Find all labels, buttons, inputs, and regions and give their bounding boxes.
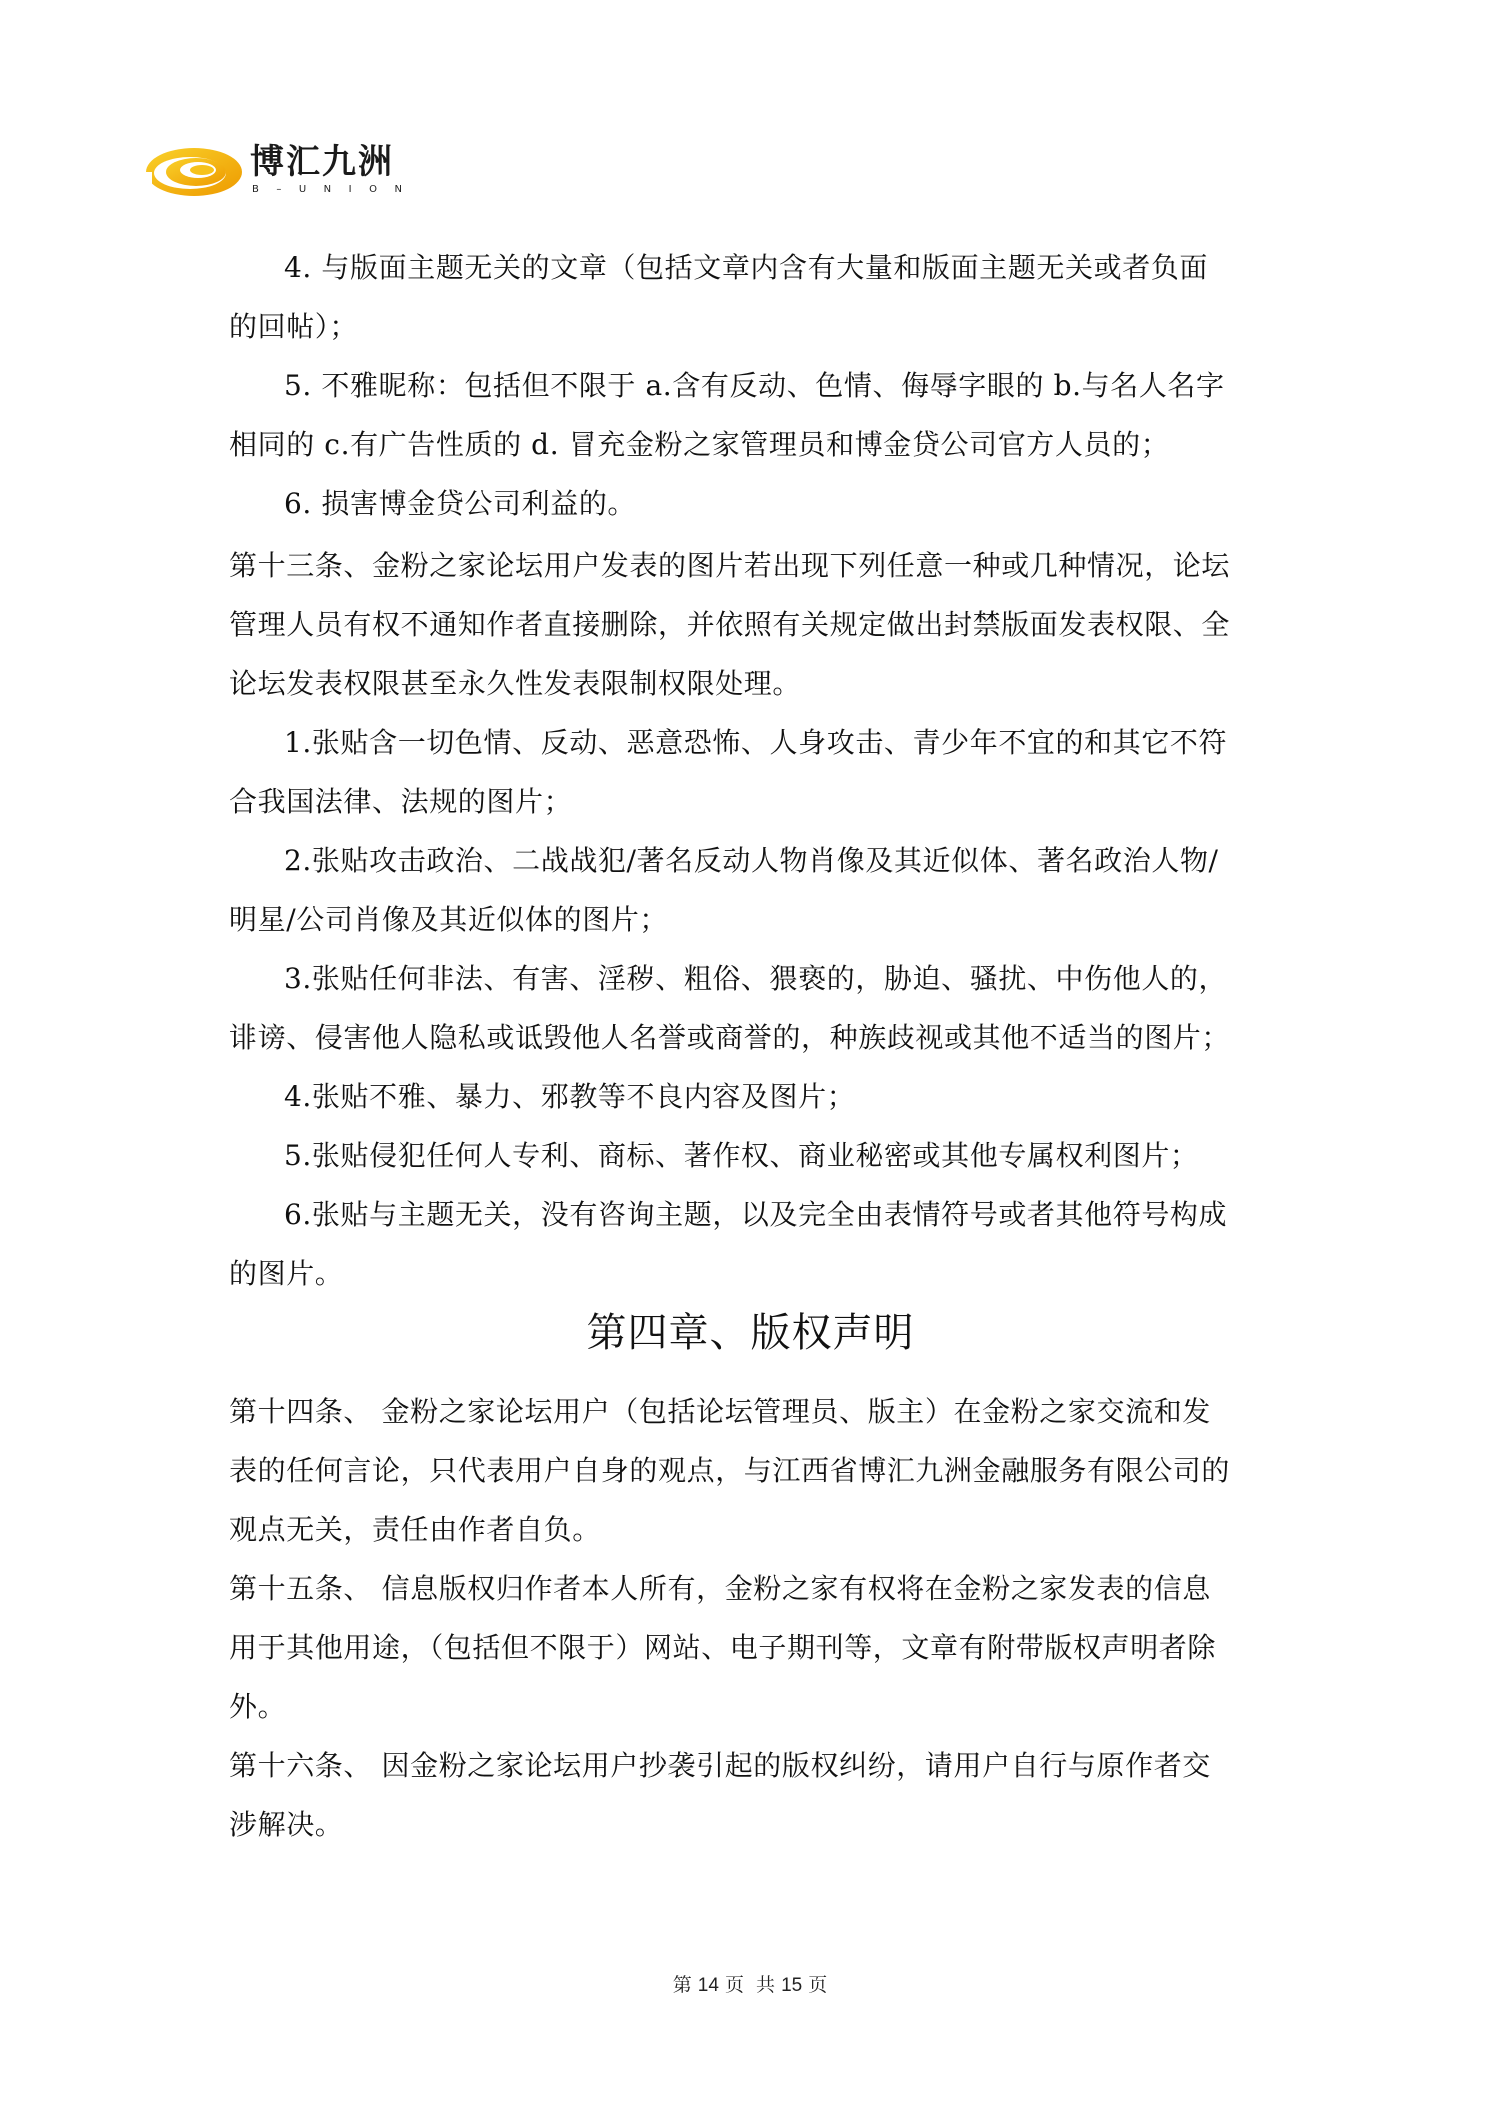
article-16-line: 第十六条、 因金粉之家论坛用户抄袭引起的版权纠纷，请用户自行与原作者交	[229, 1748, 1211, 1784]
logo-name-cn: 博汇九洲	[250, 142, 394, 182]
list-item-line: 1.张贴含一切色情、反动、恶意恐怖、人身攻击、青少年不宜的和其它不符	[284, 725, 1227, 761]
page-footer: 第 14 页 共 15 页	[0, 1972, 1500, 1999]
paragraph-line: 涉解决。	[229, 1807, 343, 1843]
paragraph-line: 4. 与版面主题无关的文章（包括文章内含有大量和版面主题无关或者负面	[284, 250, 1208, 286]
total-pages-number: 15	[781, 1975, 802, 1996]
footer-middle: 页 共	[719, 1974, 781, 1996]
list-item-line: 4.张贴不雅、暴力、邪教等不良内容及图片；	[284, 1079, 855, 1115]
paragraph-line: 论坛发表权限甚至永久性发表限制权限处理。	[229, 666, 801, 702]
list-item-line: 3.张贴任何非法、有害、淫秽、粗俗、猥亵的，胁迫、骚扰、中伤他人的，	[284, 961, 1227, 997]
paragraph-line: 的图片。	[229, 1256, 343, 1292]
paragraph-line: 5. 不雅昵称：包括但不限于 a.含有反动、色情、侮辱字眼的 b.与名人名字	[284, 368, 1225, 404]
chapter-heading: 第四章、版权声明	[229, 1309, 1272, 1357]
paragraph-line: 诽谤、侵害他人隐私或诋毁他人名誉或商誉的，种族歧视或其他不适当的图片；	[229, 1020, 1230, 1056]
list-item-line: 5.张贴侵犯任何人专利、商标、著作权、商业秘密或其他专属权利图片；	[284, 1138, 1199, 1174]
paragraph-line: 管理人员有权不通知作者直接删除，并依照有关规定做出封禁版面发表权限、全	[229, 607, 1230, 643]
paragraph-line: 6. 损害博金贷公司利益的。	[284, 486, 636, 522]
paragraph-line: 外。	[229, 1689, 286, 1725]
paragraph-line: 的回帖）；	[229, 309, 358, 345]
paragraph-line: 明星/公司肖像及其近似体的图片；	[229, 902, 668, 938]
list-item-line: 6.张贴与主题无关，没有咨询主题，以及完全由表情符号或者其他符号构成	[284, 1197, 1227, 1233]
list-item-line: 2.张贴攻击政治、二战战犯/著名反动人物肖像及其近似体、著名政治人物/	[284, 843, 1219, 879]
logo-name-en: B–UNION	[252, 184, 419, 196]
article-15-line: 第十五条、 信息版权归作者本人所有，金粉之家有权将在金粉之家发表的信息	[229, 1571, 1211, 1607]
article-14-line: 第十四条、 金粉之家论坛用户（包括论坛管理员、版主）在金粉之家交流和发	[229, 1394, 1211, 1430]
current-page-number: 14	[698, 1975, 719, 1996]
paragraph-line: 用于其他用途，（包括但不限于）网站、电子期刊等，文章有附带版权声明者除	[229, 1630, 1216, 1666]
footer-suffix: 页	[802, 1974, 827, 1996]
footer-prefix: 第	[673, 1974, 698, 1996]
company-logo: 博汇九洲 B–UNION	[140, 142, 420, 202]
paragraph-line: 相同的 c.有广告性质的 d. 冒充金粉之家管理员和博金贷公司官方人员的；	[229, 427, 1169, 463]
swirl-logo-icon	[140, 146, 244, 198]
paragraph-line: 观点无关，责任由作者自负。	[229, 1512, 601, 1548]
paragraph-line: 表的任何言论，只代表用户自身的观点，与江西省博汇九洲金融服务有限公司的	[229, 1453, 1230, 1489]
article-13-line: 第十三条、金粉之家论坛用户发表的图片若出现下列任意一种或几种情况，论坛	[229, 548, 1230, 584]
paragraph-line: 合我国法律、法规的图片；	[229, 784, 572, 820]
